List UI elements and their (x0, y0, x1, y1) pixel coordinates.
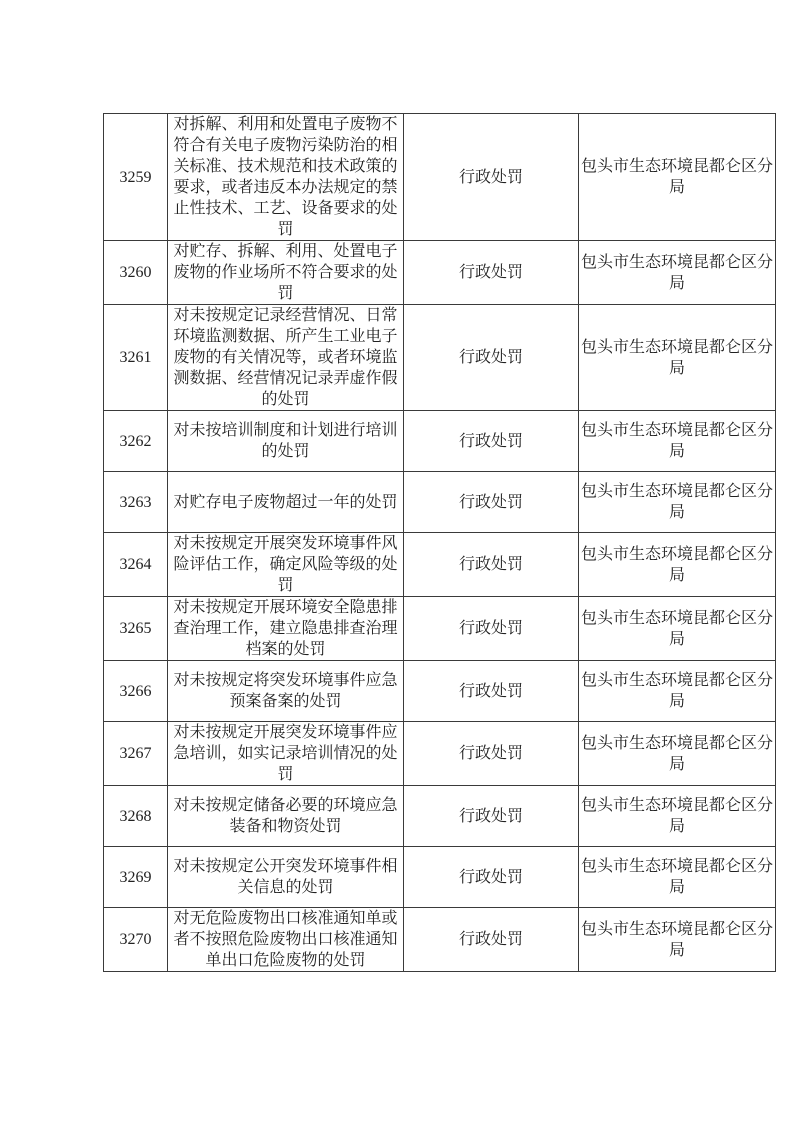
table-row: 3270对无危险废物出口核准通知单或者不按照危险废物出口核准通知单出口危险废物的… (104, 908, 776, 972)
department-cell: 包头市生态环境昆都仑区分局 (579, 786, 776, 847)
row-number-cell: 3265 (104, 597, 168, 661)
item-description-cell: 对未按规定公开突发环境事件相关信息的处罚 (168, 847, 404, 908)
row-number-cell: 3260 (104, 241, 168, 305)
penalty-type-cell: 行政处罚 (404, 786, 579, 847)
penalty-items-table: 3259对拆解、利用和处置电子废物不符合有关电子废物污染防治的相关标准、技术规范… (103, 113, 776, 972)
penalty-type-cell: 行政处罚 (404, 305, 579, 411)
table-row: 3264对未按规定开展突发环境事件风险评估工作，确定风险等级的处罚行政处罚包头市… (104, 533, 776, 597)
table-row: 3262对未按培训制度和计划进行培训的处罚行政处罚包头市生态环境昆都仑区分局 (104, 411, 776, 472)
department-cell: 包头市生态环境昆都仑区分局 (579, 722, 776, 786)
row-number-cell: 3261 (104, 305, 168, 411)
row-number-cell: 3263 (104, 472, 168, 533)
table-row: 3265对未按规定开展环境安全隐患排查治理工作，建立隐患排查治理档案的处罚行政处… (104, 597, 776, 661)
item-description-cell: 对贮存电子废物超过一年的处罚 (168, 472, 404, 533)
penalty-type-cell: 行政处罚 (404, 411, 579, 472)
table-row: 3269对未按规定公开突发环境事件相关信息的处罚行政处罚包头市生态环境昆都仑区分… (104, 847, 776, 908)
item-description-cell: 对未按规定将突发环境事件应急预案备案的处罚 (168, 661, 404, 722)
item-description-cell: 对未按规定开展突发环境事件应急培训，如实记录培训情况的处罚 (168, 722, 404, 786)
penalty-type-cell: 行政处罚 (404, 472, 579, 533)
item-description-cell: 对未按规定开展环境安全隐患排查治理工作，建立隐患排查治理档案的处罚 (168, 597, 404, 661)
row-number-cell: 3266 (104, 661, 168, 722)
penalty-type-cell: 行政处罚 (404, 597, 579, 661)
table-row: 3261对未按规定记录经营情况、日常环境监测数据、所产生工业电子废物的有关情况等… (104, 305, 776, 411)
item-description-cell: 对未按规定记录经营情况、日常环境监测数据、所产生工业电子废物的有关情况等，或者环… (168, 305, 404, 411)
penalty-type-cell: 行政处罚 (404, 661, 579, 722)
department-cell: 包头市生态环境昆都仑区分局 (579, 305, 776, 411)
penalty-type-cell: 行政处罚 (404, 908, 579, 972)
table-row: 3263对贮存电子废物超过一年的处罚行政处罚包头市生态环境昆都仑区分局 (104, 472, 776, 533)
table-row: 3268对未按规定储备必要的环境应急装备和物资处罚行政处罚包头市生态环境昆都仑区… (104, 786, 776, 847)
department-cell: 包头市生态环境昆都仑区分局 (579, 661, 776, 722)
department-cell: 包头市生态环境昆都仑区分局 (579, 597, 776, 661)
table-row: 3259对拆解、利用和处置电子废物不符合有关电子废物污染防治的相关标准、技术规范… (104, 114, 776, 241)
item-description-cell: 对拆解、利用和处置电子废物不符合有关电子废物污染防治的相关标准、技术规范和技术政… (168, 114, 404, 241)
department-cell: 包头市生态环境昆都仑区分局 (579, 472, 776, 533)
row-number-cell: 3259 (104, 114, 168, 241)
penalty-table-body: 3259对拆解、利用和处置电子废物不符合有关电子废物污染防治的相关标准、技术规范… (104, 114, 776, 972)
row-number-cell: 3268 (104, 786, 168, 847)
row-number-cell: 3264 (104, 533, 168, 597)
item-description-cell: 对未按培训制度和计划进行培训的处罚 (168, 411, 404, 472)
row-number-cell: 3269 (104, 847, 168, 908)
department-cell: 包头市生态环境昆都仑区分局 (579, 411, 776, 472)
item-description-cell: 对无危险废物出口核准通知单或者不按照危险废物出口核准通知单出口危险废物的处罚 (168, 908, 404, 972)
penalty-type-cell: 行政处罚 (404, 533, 579, 597)
penalty-type-cell: 行政处罚 (404, 722, 579, 786)
document-page: 3259对拆解、利用和处置电子废物不符合有关电子废物污染防治的相关标准、技术规范… (0, 0, 793, 1122)
row-number-cell: 3262 (104, 411, 168, 472)
row-number-cell: 3267 (104, 722, 168, 786)
department-cell: 包头市生态环境昆都仑区分局 (579, 533, 776, 597)
penalty-type-cell: 行政处罚 (404, 847, 579, 908)
row-number-cell: 3270 (104, 908, 168, 972)
penalty-type-cell: 行政处罚 (404, 241, 579, 305)
department-cell: 包头市生态环境昆都仑区分局 (579, 847, 776, 908)
table-row: 3267对未按规定开展突发环境事件应急培训，如实记录培训情况的处罚行政处罚包头市… (104, 722, 776, 786)
item-description-cell: 对贮存、拆解、利用、处置电子废物的作业场所不符合要求的处罚 (168, 241, 404, 305)
penalty-type-cell: 行政处罚 (404, 114, 579, 241)
table-row: 3266对未按规定将突发环境事件应急预案备案的处罚行政处罚包头市生态环境昆都仑区… (104, 661, 776, 722)
department-cell: 包头市生态环境昆都仑区分局 (579, 908, 776, 972)
item-description-cell: 对未按规定开展突发环境事件风险评估工作，确定风险等级的处罚 (168, 533, 404, 597)
table-row: 3260对贮存、拆解、利用、处置电子废物的作业场所不符合要求的处罚行政处罚包头市… (104, 241, 776, 305)
department-cell: 包头市生态环境昆都仑区分局 (579, 241, 776, 305)
item-description-cell: 对未按规定储备必要的环境应急装备和物资处罚 (168, 786, 404, 847)
department-cell: 包头市生态环境昆都仑区分局 (579, 114, 776, 241)
